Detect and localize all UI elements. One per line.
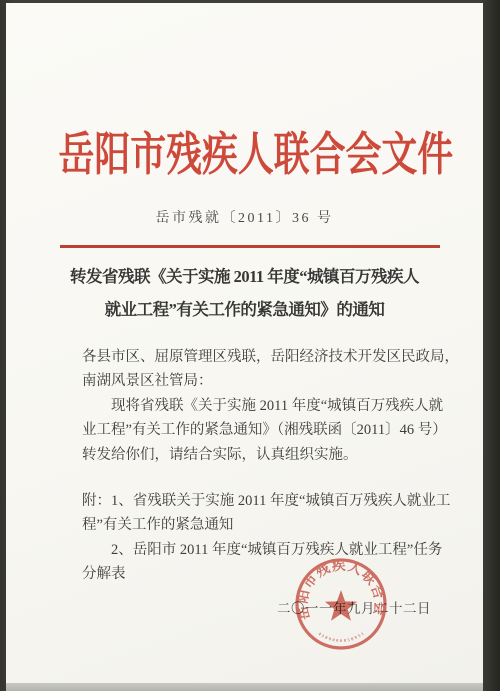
text-line: 南湖风景区社管局： [82,369,446,393]
text-line: 转发省残联《关于实施 2011 年度“城镇百万残疾人 [46,260,443,293]
text-line: 现将省残联《关于实施 2011 年度“城镇百万残疾人就 [82,394,446,418]
text-line: 附：1、省残联关于实施 2011 年度“城镇百万残疾人就业工 [82,489,446,513]
document-title: 转发省残联《关于实施 2011 年度“城镇百万残疾人就业工程”有关工作的紧急通知… [46,260,443,326]
official-seal: 岳阳市残疾人联合会 4309000058951 [281,544,401,664]
seal-star-icon [325,590,357,621]
document-page: 岳阳市残疾人联合会文件 岳市残就〔2011〕36 号 转发省残联《关于实施 20… [6,3,483,683]
scanned-document: 岳阳市残疾人联合会文件 岳市残就〔2011〕36 号 转发省残联《关于实施 20… [0,0,500,691]
text-line: 转发给你们，请结合实际，认真组织实施。 [82,443,446,467]
text-line: 各县市区、屈原管理区残联，岳阳经济技术开发区民政局， [82,345,446,369]
text-line: 程”有关工作的紧急通知 [82,513,446,537]
seal-code-text: 4309000058951 [317,631,364,643]
document-body: 各县市区、屈原管理区残联，岳阳经济技术开发区民政局，南湖风景区社管局：现将省残联… [82,345,446,467]
red-divider-line [60,245,440,248]
agency-header-title: 岳阳市残疾人联合会文件 [58,129,430,181]
document-reference-number: 岳市残就〔2011〕36 号 [6,207,483,227]
text-line: 业工程”有关工作的紧急通知》（湘残联函〔2011〕46 号） [82,418,446,442]
text-line: 就业工程”有关工作的紧急通知》的通知 [46,293,443,326]
paper-bottom-edge [6,683,483,691]
